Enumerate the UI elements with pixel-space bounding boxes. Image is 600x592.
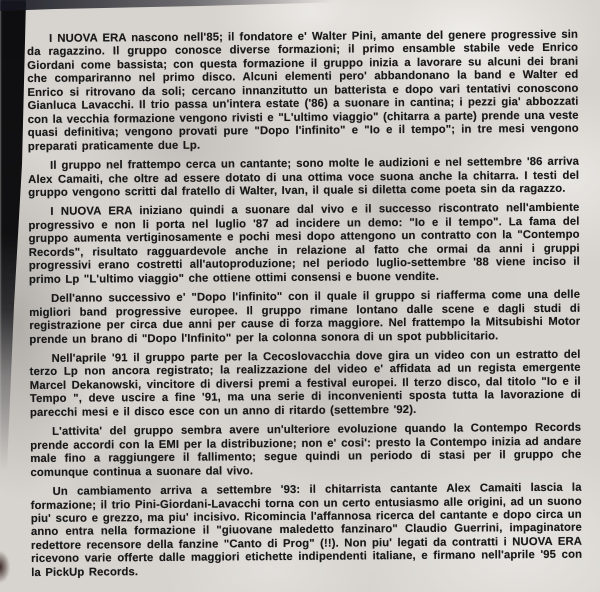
paragraph-lineup-change: Un cambiamento arriva a settembre '93: i… [31,482,583,580]
top-edge-shadow [0,0,345,12]
bottom-left-blemish [0,551,10,583]
paragraph-label-troubles: L'attivita' del gruppo sembra avere un'u… [30,422,581,480]
liner-notes-text: I NUOVA ERA nascono nell'85; il fondator… [27,29,582,587]
paragraph-third-lp: Nell'aprile '91 il gruppo parte per la C… [30,349,582,421]
paragraph-singer-search: Il gruppo nel frattempo cerca un cantant… [28,156,579,201]
paragraph-second-lp: Dell'anno successivo e' "Dopo l'infinito… [29,289,580,347]
paragraph-first-lp: I NUOVA ERA iniziano quindi a suonare da… [28,202,580,287]
paragraph-band-origins: I NUOVA ERA nascono nell'85; il fondator… [27,29,579,154]
scanned-page: I NUOVA ERA nascono nell'85; il fondator… [0,0,600,592]
